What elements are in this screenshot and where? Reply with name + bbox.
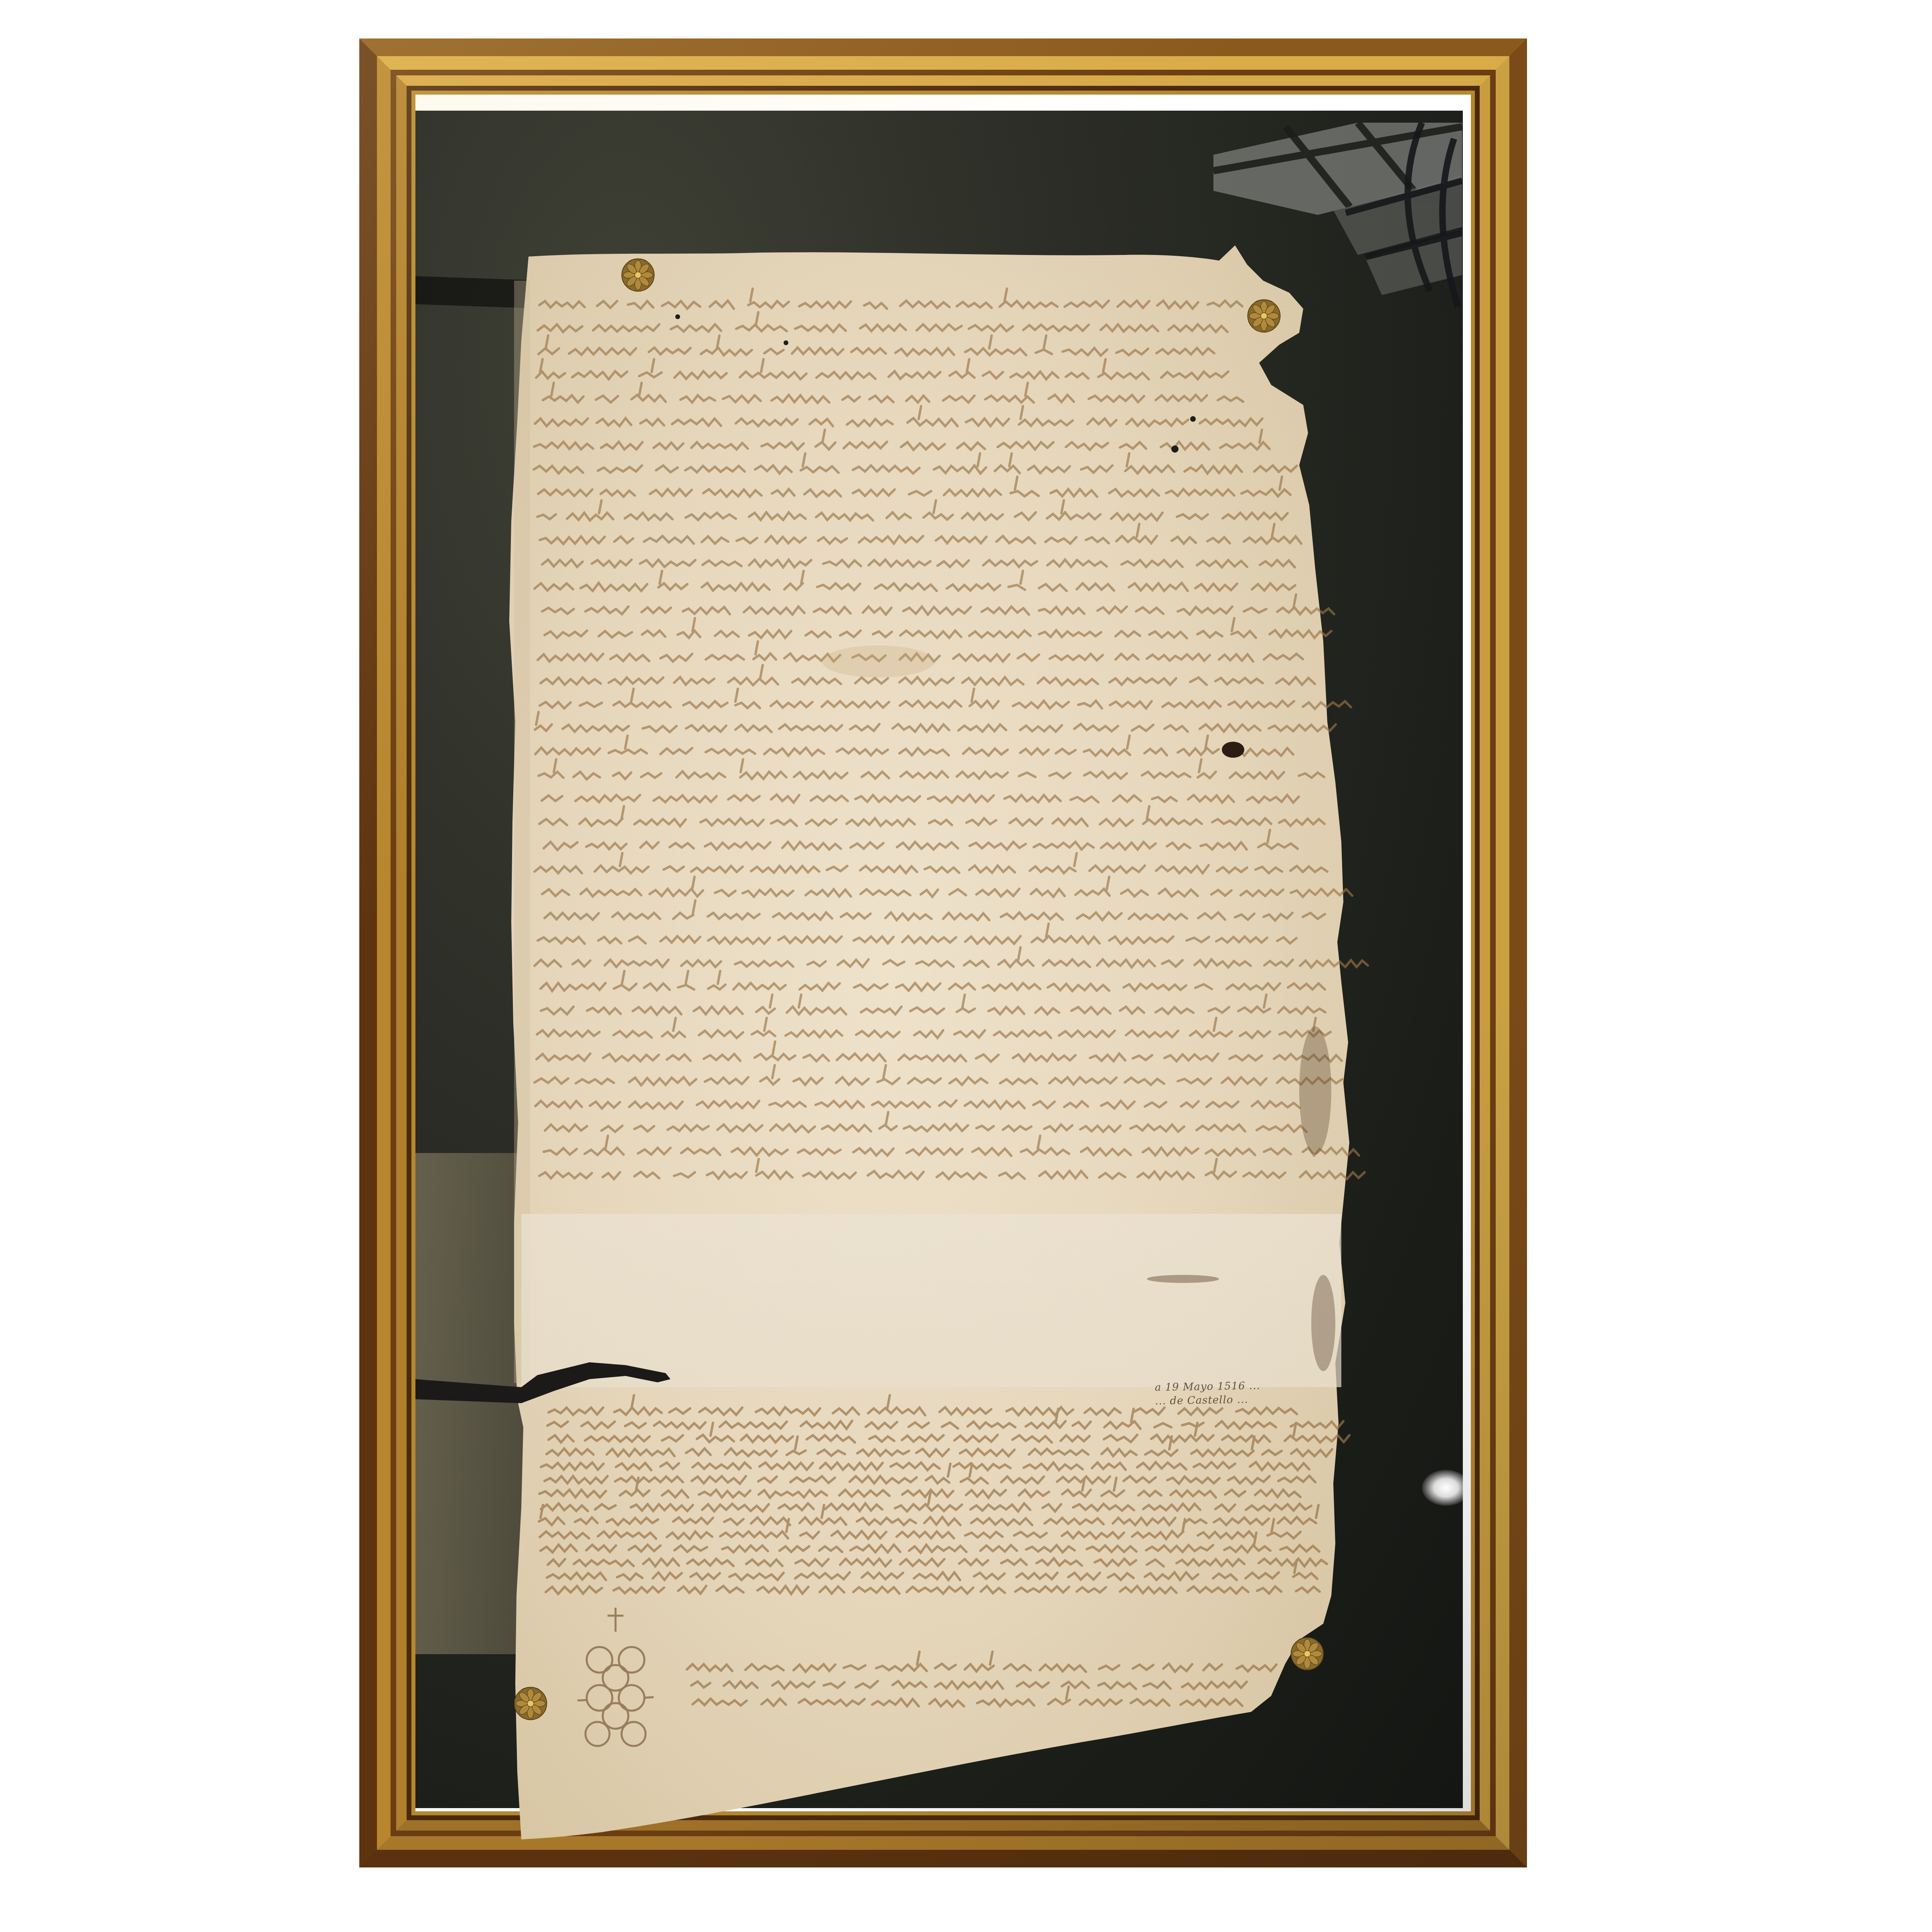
notarial-signum-icon [577, 1608, 654, 1756]
rosette-fastener-icon [620, 257, 656, 293]
rosette-fastener-icon [1289, 1635, 1326, 1672]
marginal-annotation: a 19 Mayo 1516 ... ... de Castello ... [1154, 1378, 1343, 1408]
rosette-fastener-icon [512, 1685, 549, 1722]
manuscript-parchment [0, 0, 1932, 1932]
ink-blot [1222, 742, 1244, 758]
rosette-fastener-icon [1245, 297, 1282, 334]
parchment-sheet [509, 245, 1349, 1839]
